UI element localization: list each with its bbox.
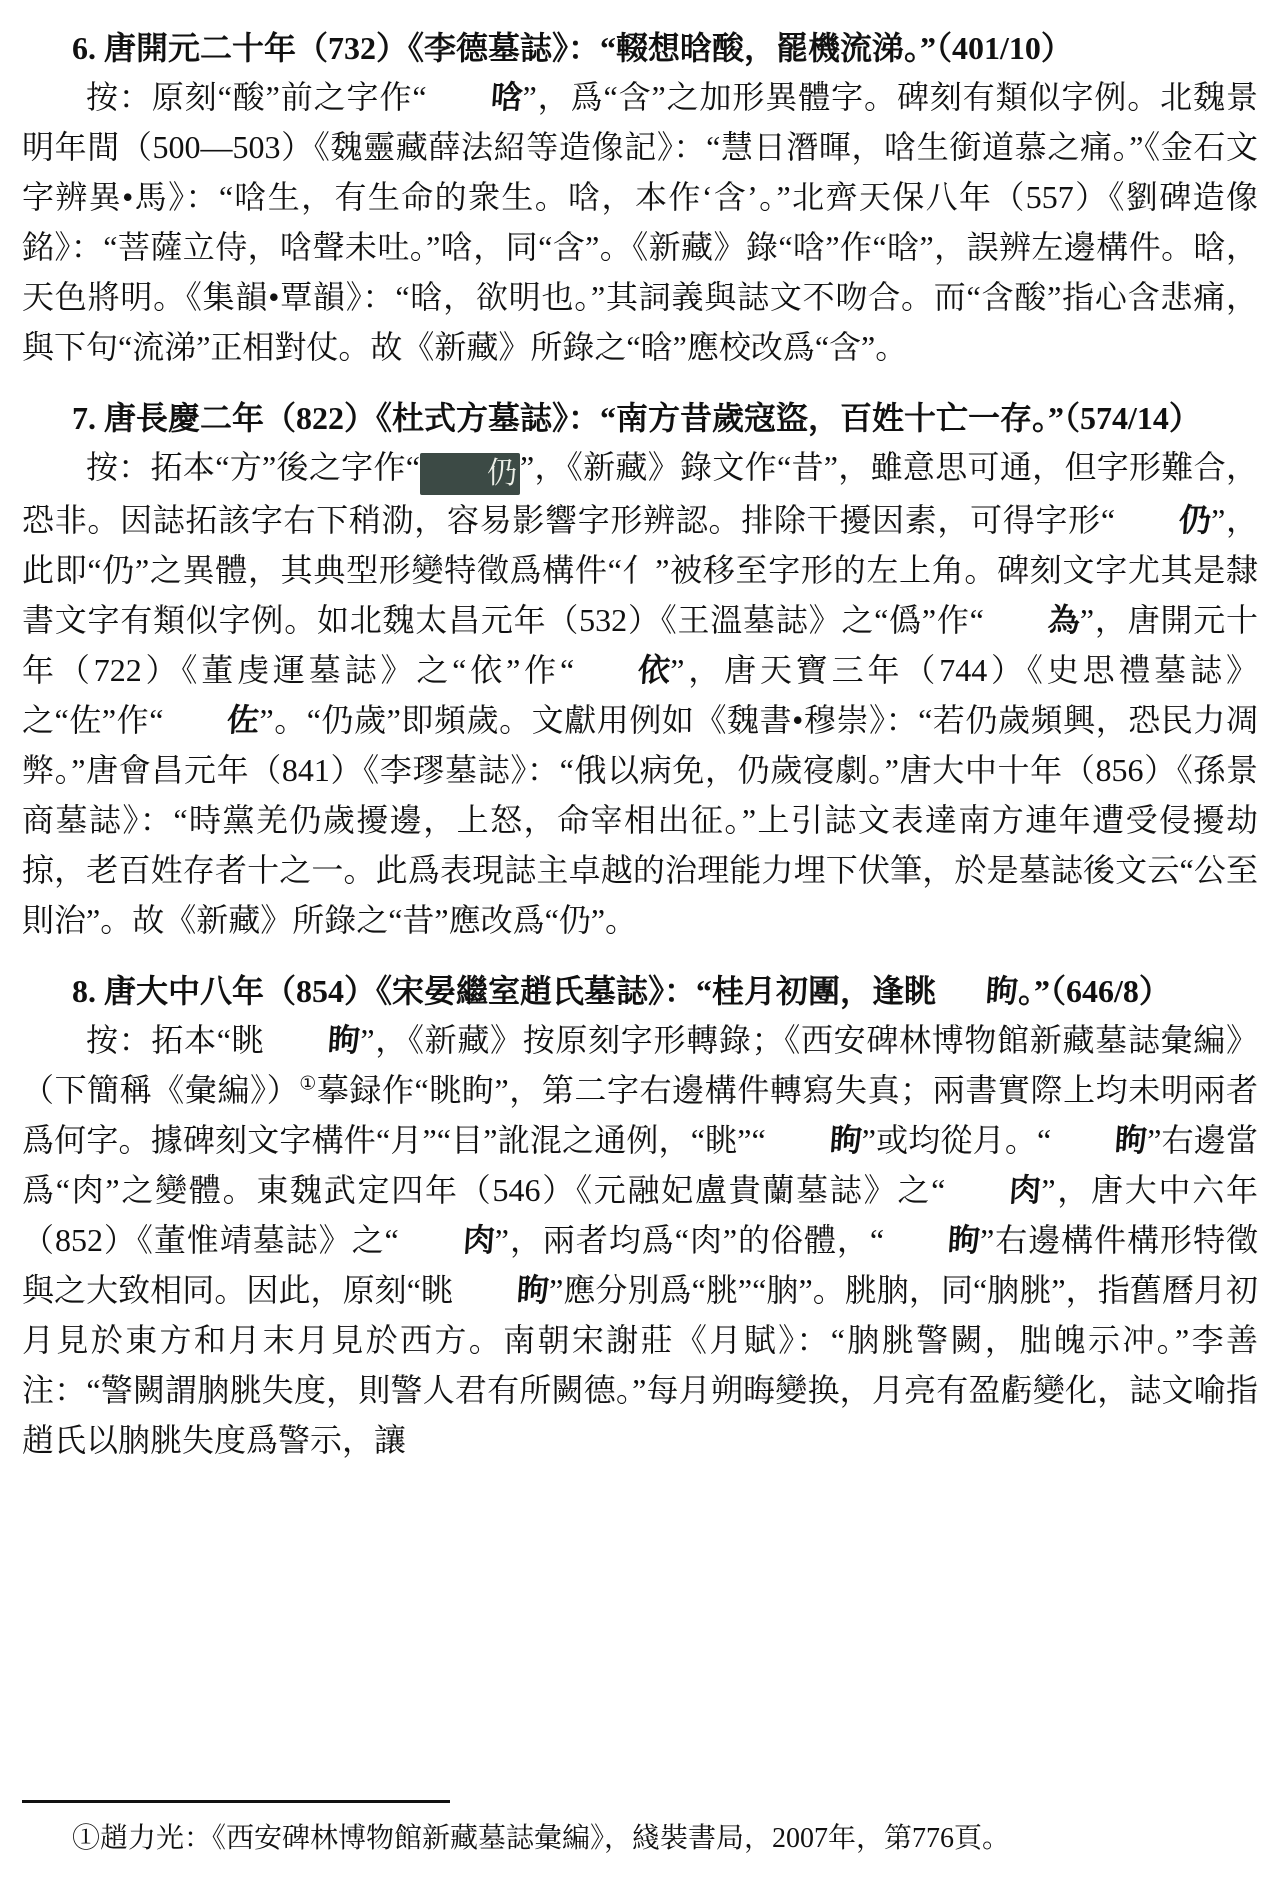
- document-content: 6. 唐開元二十年（732）《李德墓誌》：“輟想晗酸，罷機流涕。”（401/10…: [22, 24, 1258, 1465]
- section-7-paragraph: 按：拓本“方”後之字作“仍”，《新藏》錄文作“昔”，雖意思可通，但字形難合，恐非…: [22, 442, 1258, 945]
- section-8-paragraph: 按：拓本“眺眗”，《新藏》按原刻字形轉錄；《西安碑林博物館新藏墓誌彙編》（下簡稱…: [22, 1015, 1258, 1465]
- inscription-glyph-tiao-right: 眗: [1049, 1115, 1149, 1165]
- section-6-paragraph: 按：原刻“酸”前之字作“唅”，爲“含”之加形異體字。碑刻有類似字例。北魏景明年間…: [22, 72, 1258, 372]
- footnote-text: ①趙力光：《西安碑林博物館新藏墓誌彙編》，綫裝書局，2007年，第776頁。: [22, 1819, 1258, 1859]
- section-7-heading: 7. 唐長慶二年（822）《杜式方墓誌》：“南方昔歲寇盜，百姓十亡一存。”（57…: [22, 394, 1258, 442]
- inscription-glyph-wei-variant: 為: [982, 595, 1082, 645]
- inscription-glyph-tiao-right: 眗: [263, 1015, 363, 1065]
- inscription-glyph-tiao-right: 眗: [934, 967, 1019, 1015]
- footnote-reference: ①: [299, 1073, 317, 1094]
- inscription-glyph-han: 唅: [425, 72, 525, 122]
- inscription-glyph-zuo-variant: 佐: [162, 695, 262, 745]
- inscription-glyph-tiao-right: 眗: [764, 1115, 864, 1165]
- footnote-separator-rule: [22, 1800, 450, 1803]
- inscription-glyph-rou-variant: 肉: [397, 1215, 497, 1265]
- inscription-glyph-tiao-right: 眗: [882, 1215, 982, 1265]
- footnote-area: ①趙力光：《西安碑林博物館新藏墓誌彙編》，綫裝書局，2007年，第776頁。: [22, 1800, 1258, 1859]
- inscription-glyph-yi-variant: 依: [572, 645, 672, 695]
- inscription-glyph-reng-variant: 仍: [1113, 495, 1213, 545]
- section-6-heading: 6. 唐開元二十年（732）《李德墓誌》：“輟想晗酸，罷機流涕。”（401/10…: [22, 24, 1258, 72]
- inscription-glyph-tiao-right: 眗: [451, 1265, 551, 1315]
- section-8-heading: 8. 唐大中八年（854）《宋晏繼室趙氏墓誌》：“桂月初團，逢眺眗。”（646/…: [22, 967, 1258, 1015]
- rubbing-glyph-reng: 仍: [420, 453, 520, 495]
- inscription-glyph-rou-variant: 肉: [944, 1165, 1044, 1215]
